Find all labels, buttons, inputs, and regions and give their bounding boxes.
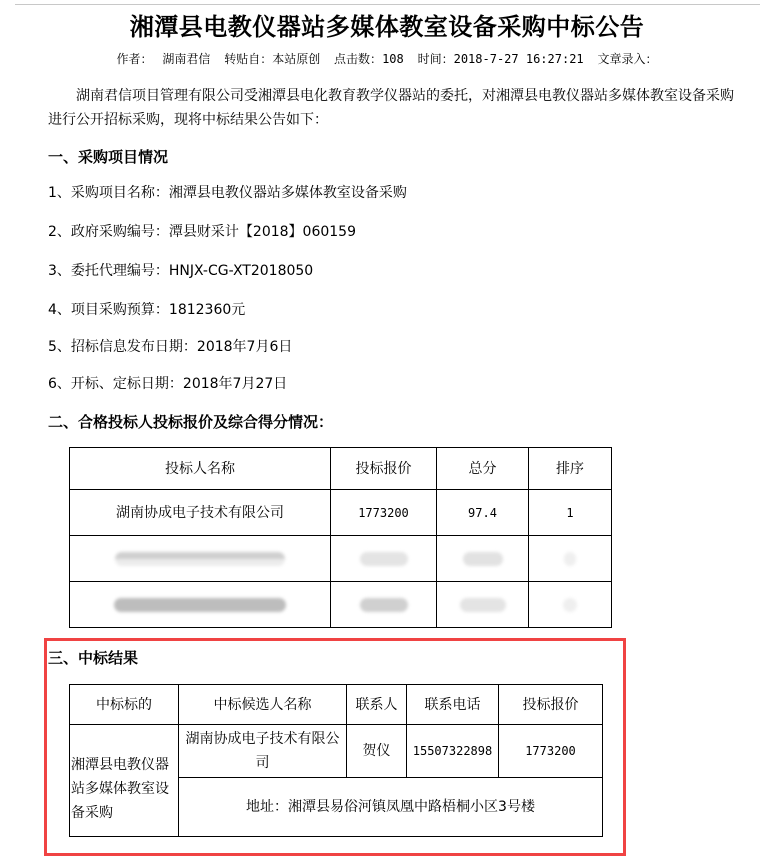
address: 地址：湘潭县易俗河镇凤凰中路梧桐小区3号楼 [179, 778, 603, 837]
redacted-cell [437, 536, 529, 582]
header-bid-price: 投标报价 [331, 448, 437, 490]
time-value: 2018-7-27 16:27:21 [454, 52, 584, 66]
table-row: 湖南协成电子技术有限公司 1773200 97.4 1 [70, 490, 612, 536]
rank: 1 [529, 490, 612, 536]
contact-person: 贺仪 [347, 725, 407, 778]
redacted-cell [70, 582, 331, 628]
table-row-redacted [70, 536, 612, 582]
article-meta: 作者： 湖南君信 转贴自：本站原创 点击数：108 时间：2018-7-27 1… [0, 51, 774, 67]
header-subject: 中标标的 [70, 685, 179, 725]
bid-subject: 湘潭县电教仪器站多媒体教室设备采购 [70, 725, 179, 837]
redacted-cell [529, 536, 612, 582]
table-row: 湘潭县电教仪器站多媒体教室设备采购 湖南协成电子技术有限公司 贺仪 155073… [70, 725, 603, 778]
redacted-cell [529, 582, 612, 628]
winning-price: 1773200 [499, 725, 603, 778]
candidate-name: 湖南协成电子技术有限公司 [179, 725, 347, 778]
time-field: 时间：2018-7-27 16:27:21 [418, 52, 584, 66]
redacted-cell [437, 582, 529, 628]
time-label: 时间： [418, 52, 454, 66]
publish-date-item: 5、招标信息发布日期：2018年7月6日 [48, 337, 292, 357]
header-candidate: 中标候选人名称 [179, 685, 347, 725]
redacted-cell [331, 536, 437, 582]
editor-field: 文章录入： [597, 52, 657, 66]
project-name-item: 1、采购项目名称：湘潭县电教仪器站多媒体教室设备采购 [48, 183, 407, 203]
author-field: 作者： 湖南君信 [117, 52, 211, 66]
clicks-value: 108 [382, 52, 404, 66]
section3-heading: 三、中标结果 [48, 648, 138, 668]
intro-paragraph: 湖南君信项目管理有限公司受湘潭县电化教育教学仪器站的委托，对湘潭县电教仪器站多媒… [48, 84, 738, 132]
bid-price: 1773200 [331, 490, 437, 536]
budget-item: 4、项目采购预算：1812360元 [48, 300, 245, 320]
header-price: 投标报价 [499, 685, 603, 725]
header-rank: 排序 [529, 448, 612, 490]
top-divider [15, 4, 760, 5]
source-field: 转贴自：本站原创 [224, 52, 320, 66]
author-value: 湖南君信 [162, 52, 210, 66]
winning-bid-table: 中标标的 中标候选人名称 联系人 联系电话 投标报价 湘潭县电教仪器站多媒体教室… [69, 684, 603, 837]
bidder-name: 湖南协成电子技术有限公司 [70, 490, 331, 536]
header-total-score: 总分 [437, 448, 529, 490]
bidders-table: 投标人名称 投标报价 总分 排序 湖南协成电子技术有限公司 1773200 97… [69, 447, 612, 628]
section2-heading: 二、合格投标人投标报价及综合得分情况： [48, 412, 333, 432]
redacted-cell [331, 582, 437, 628]
total-score: 97.4 [437, 490, 529, 536]
bid-date-item: 6、开标、定标日期：2018年7月27日 [48, 374, 287, 394]
source-value: 本站原创 [272, 52, 320, 66]
agent-number-item: 3、委托代理编号：HNJX-CG-XT2018050 [48, 261, 313, 281]
table-header-row: 中标标的 中标候选人名称 联系人 联系电话 投标报价 [70, 685, 603, 725]
clicks-field: 点击数：108 [334, 52, 404, 66]
contact-phone: 15507322898 [407, 725, 499, 778]
table-row-redacted [70, 582, 612, 628]
editor-label: 文章录入： [597, 52, 657, 66]
header-bidder-name: 投标人名称 [70, 448, 331, 490]
source-label: 转贴自： [224, 52, 272, 66]
header-contact: 联系人 [347, 685, 407, 725]
table-header-row: 投标人名称 投标报价 总分 排序 [70, 448, 612, 490]
page-title: 湘潭县电教仪器站多媒体教室设备采购中标公告 [0, 12, 774, 42]
header-phone: 联系电话 [407, 685, 499, 725]
redacted-cell [70, 536, 331, 582]
clicks-label: 点击数： [334, 52, 382, 66]
section1-heading: 一、采购项目情况 [48, 147, 168, 167]
procurement-number-item: 2、政府采购编号：潭县财采计【2018】060159 [48, 222, 356, 242]
author-label: 作者： [117, 52, 153, 66]
